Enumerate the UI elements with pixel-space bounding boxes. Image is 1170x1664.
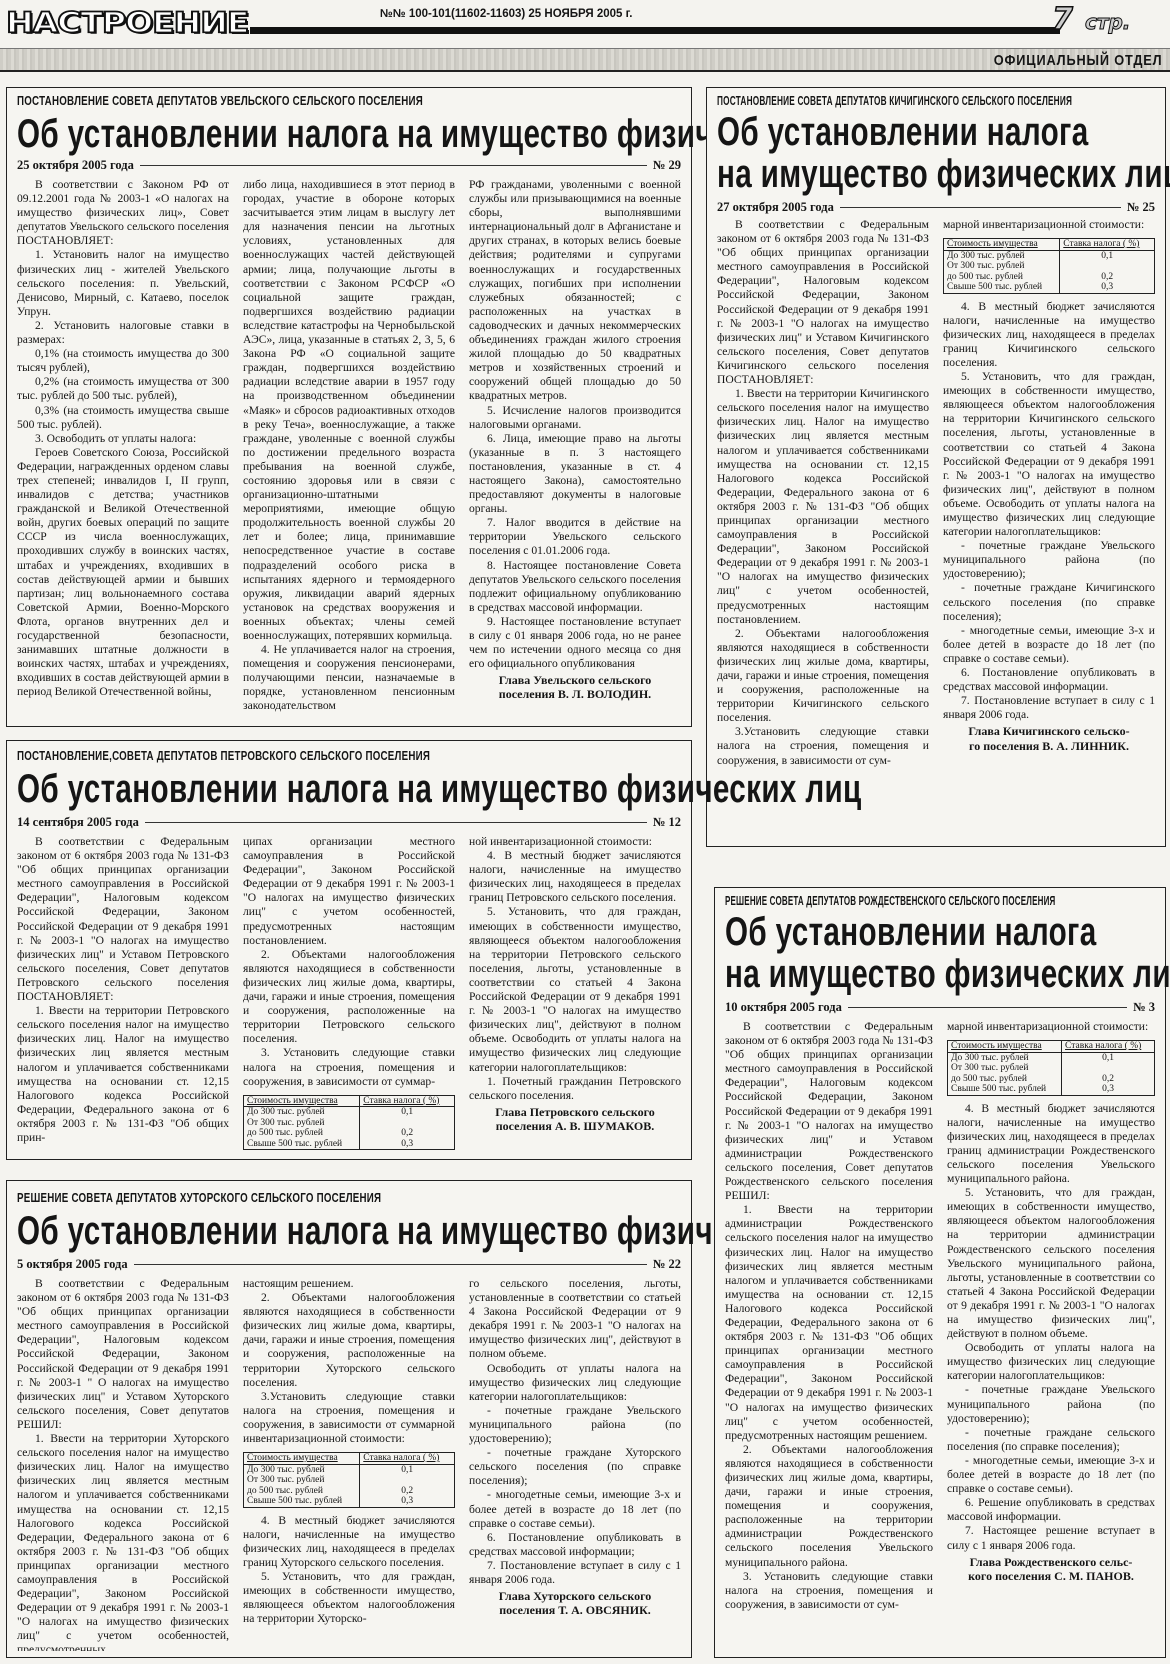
issue-info: №№ 100-101(11602-11603) 25 НОЯБРЯ 2005 г… xyxy=(380,8,632,20)
paragraph: - почетные граждане Увельского муниципал… xyxy=(943,539,1155,581)
paragraph: 3.Установить следующие ставки налога на … xyxy=(243,1390,455,1446)
dateline-rule xyxy=(145,822,647,823)
paragraph: В соответствии с Законом РФ от 09.12.200… xyxy=(17,178,229,248)
table-row: От 300 тыс. рублей xyxy=(244,1475,455,1486)
article-date: 10 октября 2005 года xyxy=(725,1000,842,1015)
article-date: 25 октября 2005 года xyxy=(17,158,134,173)
rates-table: Стоимость имуществаСтавка налога ( %) До… xyxy=(943,238,1155,294)
paragraph: 4. В местный бюджет зачисляются налоги, … xyxy=(469,849,681,905)
paragraph: 2. Объектами налогообложения являются на… xyxy=(725,1443,933,1570)
table-cell xyxy=(360,1475,455,1486)
paragraph: 1. Ввести на территории администрации Ро… xyxy=(725,1203,933,1443)
article-khutorsky: РЕШЕНИЕ СОВЕТА ДЕПУТАТОВ ХУТОРСКОГО СЕЛЬ… xyxy=(6,1180,692,1658)
signature-line: Глава Рождественского сельс- xyxy=(947,1555,1155,1569)
paragraph: - почетные граждане Увельского муниципал… xyxy=(947,1383,1155,1425)
table-cell: 0,3 xyxy=(360,1139,455,1150)
article-kicker: РЕШЕНИЕ СОВЕТА ДЕПУТАТОВ РОЖДЕСТВЕНСКОГО… xyxy=(725,894,1055,908)
table-row: От 300 тыс. рублей xyxy=(944,261,1155,272)
table-cell: До 300 тыс. рублей xyxy=(944,250,1060,261)
dateline: 25 октября 2005 года № 29 xyxy=(17,158,681,173)
paragraph: Освободить от уплаты налога на имущество… xyxy=(469,1362,681,1404)
paragraph: 8. Настоящее постановление Совета депута… xyxy=(469,559,681,615)
paragraph: В соответствии с Федеральным законом от … xyxy=(17,1277,229,1432)
table-cell: От 300 тыс. рублей xyxy=(244,1475,360,1486)
paragraph: 4. В местный бюджет зачисляются налоги, … xyxy=(943,300,1155,370)
table-cell: От 300 тыс. рублей xyxy=(244,1118,360,1129)
newspaper-logo: НАСТРОЕНИЕ xyxy=(6,6,248,39)
article-columns: В соответствии с Федеральным законом от … xyxy=(17,835,681,1153)
article-headline: Об установлении налога на имущество физи… xyxy=(17,767,862,811)
rates-table: Стоимость имуществаСтавка налога ( %) До… xyxy=(243,1095,455,1151)
column-3: го сельского поселения, льготы, установл… xyxy=(469,1277,681,1651)
table-header: Стоимость имущества xyxy=(244,1095,360,1107)
table-row: до 500 тыс. рублей0,2 xyxy=(244,1128,455,1139)
paragraph: либо лица, находившиеся в этот период в … xyxy=(243,178,455,643)
masthead-rule xyxy=(250,27,1060,34)
article-headline-line2: на имущество физических лиц xyxy=(717,152,1170,196)
column-2: марной инвентаризационной стоимости: Сто… xyxy=(943,218,1155,840)
paragraph: - почетные граждане Хуторского сельского… xyxy=(469,1446,681,1488)
paragraph: 5. Установить, что для граждан, имеющих … xyxy=(943,370,1155,539)
paragraph: - многодетные семьи, имеющие 3-х и более… xyxy=(469,1488,681,1530)
table-cell: 0,2 xyxy=(360,1486,455,1497)
table-cell: Свыше 500 тыс. рублей xyxy=(244,1496,360,1507)
paragraph: ципах организации местного самоуправлени… xyxy=(243,835,455,948)
column-1: В соответствии с Законом РФ от 09.12.200… xyxy=(17,178,229,720)
table-cell: 0,1 xyxy=(360,1107,455,1118)
paragraph: 3.Установить следующие ставки налога на … xyxy=(717,725,929,767)
paragraph: 2. Объектами налогообложения являются на… xyxy=(717,627,929,726)
dateline-rule xyxy=(134,1264,647,1265)
paragraph: го сельского поселения, льготы, установл… xyxy=(469,1277,681,1362)
signature: Глава Хуторского сельского поселения Т. … xyxy=(469,1589,681,1617)
dateline-rule xyxy=(840,207,1121,208)
table-cell: до 500 тыс. рублей xyxy=(244,1486,360,1497)
table-cell: 0,1 xyxy=(360,1464,455,1475)
article-kicker: ПОСТАНОВЛЕНИЕ,СОВЕТА ДЕПУТАТОВ ПЕТРОВСКО… xyxy=(17,749,430,763)
paragraph: 7. Настоящее решение вступает в силу с 1… xyxy=(947,1524,1155,1552)
table-cell: до 500 тыс. рублей xyxy=(948,1074,1062,1085)
signature-line: поселения А. В. ШУМАКОВ. xyxy=(469,1119,681,1133)
table-cell: 0,2 xyxy=(360,1128,455,1139)
paragraph: 4. В местный бюджет зачисляются налоги, … xyxy=(243,1514,455,1570)
table-row: Свыше 500 тыс. рублей0,3 xyxy=(944,282,1155,293)
paragraph: В соответствии с Федеральным законом от … xyxy=(717,218,929,387)
page-number: 7 xyxy=(1052,2,1073,37)
table-cell: 0,1 xyxy=(1062,1052,1155,1063)
paragraph: 5. Установить, что для граждан, имеющих … xyxy=(947,1186,1155,1341)
paragraph: Освободить от уплаты налога на имущество… xyxy=(947,1341,1155,1383)
table-cell xyxy=(1060,261,1155,272)
paragraph: 5. Установить, что для граждан, имеющих … xyxy=(469,905,681,1074)
paragraph: 2. Установить налоговые ставки в размера… xyxy=(17,319,229,347)
paragraph: 6. Постановление опубликовать в средства… xyxy=(943,666,1155,694)
article-number: № 29 xyxy=(653,158,681,173)
table-header: Стоимость имущества xyxy=(244,1453,360,1465)
paragraph: марной инвентаризационной стоимости: xyxy=(943,218,1155,232)
paragraph: 5. Исчисление налогов производится налог… xyxy=(469,404,681,432)
paragraph: 6. Постановление опубликовать в средства… xyxy=(469,1531,681,1559)
dateline: 27 октября 2005 года № 25 xyxy=(717,200,1155,215)
signature-line: Глава Увельского сельского xyxy=(469,673,681,687)
article-kicker: ПОСТАНОВЛЕНИЕ СОВЕТА ДЕПУТАТОВ КИЧИГИНСК… xyxy=(717,94,1072,108)
table-header: Ставка налога ( %) xyxy=(1062,1041,1155,1053)
article-number: № 3 xyxy=(1133,1000,1155,1015)
paragraph: 2. Объектами налогообложения являются на… xyxy=(243,948,455,1047)
rates-table: Стоимость имуществаСтавка налога ( %) До… xyxy=(243,1452,455,1508)
paragraph: В соответствии с Федеральным законом от … xyxy=(17,835,229,1004)
paragraph: 3. Освободить от уплаты налога: xyxy=(17,432,229,446)
column-1: В соответствии с Федеральным законом от … xyxy=(717,218,929,840)
table-header: Стоимость имущества xyxy=(948,1041,1062,1053)
table-cell: От 300 тыс. рублей xyxy=(948,1063,1062,1074)
article-rozhdestvensky: РЕШЕНИЕ СОВЕТА ДЕПУТАТОВ РОЖДЕСТВЕНСКОГО… xyxy=(714,887,1166,1658)
article-headline-line2: на имущество физических лиц xyxy=(725,952,1170,996)
paragraph: 0,3% (на стоимость имущества свыше 500 т… xyxy=(17,404,229,432)
paragraph: 3. Установить следующие ставки налога на… xyxy=(243,1046,455,1088)
paragraph: 1. Почетный гражданин Петровского сельск… xyxy=(469,1075,681,1103)
signature: Глава Петровского сельского поселения А.… xyxy=(469,1105,681,1133)
masthead: НАСТРОЕНИЕ №№ 100-101(11602-11603) 25 НО… xyxy=(0,0,1170,80)
signature: Глава Кичигинского сельско- го поселения… xyxy=(943,724,1155,752)
column-1: В соответствии с Федеральным законом от … xyxy=(17,1277,229,1651)
article-columns: В соответствии с Федеральным законом от … xyxy=(17,1277,681,1651)
paragraph: 1. Ввести на территории Хуторского сельс… xyxy=(17,1432,229,1651)
column-1: В соответствии с Федеральным законом от … xyxy=(725,1020,933,1651)
paragraph: 7. Налог вводится в действие на территор… xyxy=(469,516,681,558)
table-row: до 500 тыс. рублей0,2 xyxy=(948,1074,1155,1085)
table-cell: Свыше 500 тыс. рублей xyxy=(944,282,1060,293)
paragraph: 1. Установить налог на имущество физичес… xyxy=(17,248,229,318)
table-row: До 300 тыс. рублей0,1 xyxy=(948,1052,1155,1063)
paragraph: марной инвентаризационной стоимости: xyxy=(947,1020,1155,1034)
paragraph: 9. Настоящее постановление вступает в си… xyxy=(469,615,681,671)
paragraph: 1. Ввести на территории Кичигинского сел… xyxy=(717,387,929,627)
paragraph: 0,1% (на стоимость имущества до 300 тыся… xyxy=(17,347,229,375)
dateline: 5 октября 2005 года № 22 xyxy=(17,1257,681,1272)
table-cell: до 500 тыс. рублей xyxy=(244,1128,360,1139)
article-date: 27 октября 2005 года xyxy=(717,200,834,215)
table-cell: 0,2 xyxy=(1062,1074,1155,1085)
paragraph: 1. Ввести на территории Петровского сель… xyxy=(17,1004,229,1145)
paragraph: 2. Объектами налогообложения являются на… xyxy=(243,1291,455,1390)
article-date: 5 октября 2005 года xyxy=(17,1257,128,1272)
paragraph: 7. Постановление вступает в силу с 1 янв… xyxy=(469,1559,681,1587)
paragraph: 6. Лица, имеющие право на льготы (указан… xyxy=(469,432,681,517)
paragraph: 4. Не уплачивается налог на строения, по… xyxy=(243,643,455,713)
table-row: до 500 тыс. рублей0,2 xyxy=(244,1486,455,1497)
table-cell: 0,3 xyxy=(360,1496,455,1507)
signature-line: кого поселения С. М. ПАНОВ. xyxy=(947,1569,1155,1583)
table-cell: 0,3 xyxy=(1062,1084,1155,1095)
paragraph: 3. Установить следующие ставки налога на… xyxy=(725,1570,933,1612)
table-cell: 0,1 xyxy=(1060,250,1155,261)
table-cell: До 300 тыс. рублей xyxy=(948,1052,1062,1063)
column-2: либо лица, находившиеся в этот период в … xyxy=(243,178,455,720)
table-row: Свыше 500 тыс. рублей0,3 xyxy=(948,1084,1155,1095)
paragraph: - многодетные семьи, имеющие 3-х и более… xyxy=(943,624,1155,666)
table-row: От 300 тыс. рублей xyxy=(244,1118,455,1129)
table-row: До 300 тыс. рублей0,1 xyxy=(244,1107,455,1118)
table-row: Свыше 500 тыс. рублей0,3 xyxy=(244,1139,455,1150)
article-number: № 12 xyxy=(653,815,681,830)
signature-line: Глава Кичигинского сельско- xyxy=(943,724,1155,738)
table-header: Ставка налога ( %) xyxy=(360,1095,455,1107)
dateline: 10 октября 2005 года № 3 xyxy=(725,1000,1155,1015)
paragraph: 5. Установить, что для граждан, имеющих … xyxy=(243,1570,455,1626)
article-petrovsky: ПОСТАНОВЛЕНИЕ,СОВЕТА ДЕПУТАТОВ ПЕТРОВСКО… xyxy=(6,740,692,1160)
column-2: марной инвентаризационной стоимости: Сто… xyxy=(947,1020,1155,1651)
table-row: Свыше 500 тыс. рублей0,3 xyxy=(244,1496,455,1507)
column-2: настоящим решением. 2. Объектами налогоо… xyxy=(243,1277,455,1651)
table-header: Ставка налога ( %) xyxy=(1060,239,1155,251)
article-kicker: РЕШЕНИЕ СОВЕТА ДЕПУТАТОВ ХУТОРСКОГО СЕЛЬ… xyxy=(17,1191,381,1205)
article-kicker: ПОСТАНОВЛЕНИЕ СОВЕТА ДЕПУТАТОВ УВЕЛЬСКОГ… xyxy=(17,94,423,108)
paragraph: В соответствии с Федеральным законом от … xyxy=(725,1020,933,1203)
paragraph: 0,2% (на стоимость имущества от 300 тыс.… xyxy=(17,375,229,403)
column-3: ной инвентаризационной стоимости: 4. В м… xyxy=(469,835,681,1153)
paragraph: 7. Постановление вступает в силу с 1 янв… xyxy=(943,694,1155,722)
article-uvelsky: ПОСТАНОВЛЕНИЕ СОВЕТА ДЕПУТАТОВ УВЕЛЬСКОГ… xyxy=(6,87,692,727)
table-cell: Свыше 500 тыс. рублей xyxy=(244,1139,360,1150)
article-number: № 22 xyxy=(653,1257,681,1272)
article-kichiginsky: ПОСТАНОВЛЕНИЕ СОВЕТА ДЕПУТАТОВ КИЧИГИНСК… xyxy=(706,87,1166,847)
table-row: До 300 тыс. рублей0,1 xyxy=(244,1464,455,1475)
signature-line: го поселения В. А. ЛИННИК. xyxy=(943,739,1155,753)
table-header: Ставка налога ( %) xyxy=(360,1453,455,1465)
signature: Глава Рождественского сельс- кого поселе… xyxy=(947,1555,1155,1583)
article-date: 14 сентября 2005 года xyxy=(17,815,139,830)
column-3: РФ гражданами, уволенными с военной служ… xyxy=(469,178,681,720)
table-cell: До 300 тыс. рублей xyxy=(244,1464,360,1475)
section-label: ОФИЦИАЛЬНЫЙ ОТДЕЛ xyxy=(993,52,1162,69)
article-columns: В соответствии с Законом РФ от 09.12.200… xyxy=(17,178,681,720)
paragraph: ной инвентаризационной стоимости: xyxy=(469,835,681,849)
column-2: ципах организации местного самоуправлени… xyxy=(243,835,455,1153)
table-cell: 0,3 xyxy=(1060,282,1155,293)
table-cell xyxy=(1062,1063,1155,1074)
table-header: Стоимость имущества xyxy=(944,239,1060,251)
dateline: 14 сентября 2005 года № 12 xyxy=(17,815,681,830)
article-columns: В соответствии с Федеральным законом от … xyxy=(725,1020,1155,1651)
column-1: В соответствии с Федеральным законом от … xyxy=(17,835,229,1153)
paragraph: - почетные граждане Кичигинского сельско… xyxy=(943,581,1155,623)
signature-line: Глава Петровского сельского xyxy=(469,1105,681,1119)
table-cell: Свыше 500 тыс. рублей xyxy=(948,1084,1062,1095)
paragraph: 4. В местный бюджет зачисляются налоги, … xyxy=(947,1102,1155,1187)
table-cell: До 300 тыс. рублей xyxy=(244,1107,360,1118)
table-row: От 300 тыс. рублей xyxy=(948,1063,1155,1074)
paragraph: Героев Советского Союза, Российской Феде… xyxy=(17,446,229,700)
dateline-rule xyxy=(848,1007,1127,1008)
signature: Глава Увельского сельского поселения В. … xyxy=(469,673,681,701)
table-cell xyxy=(360,1118,455,1129)
paragraph: РФ гражданами, уволенными с военной служ… xyxy=(469,178,681,404)
paragraph: - почетные граждане сельского поселения … xyxy=(947,1426,1155,1454)
page-word: стр. xyxy=(1085,10,1130,34)
table-cell: От 300 тыс. рублей xyxy=(944,261,1060,272)
article-headline-line1: Об установлении налога xyxy=(725,910,1097,954)
table-row: До 300 тыс. рублей0,1 xyxy=(944,250,1155,261)
paragraph: - многодетные семьи, имеющие 3-х и более… xyxy=(947,1454,1155,1496)
table-cell: до 500 тыс. рублей xyxy=(944,272,1060,283)
table-cell: 0,2 xyxy=(1060,272,1155,283)
article-number: № 25 xyxy=(1127,200,1155,215)
signature-line: поселения Т. А. ОВСЯНИК. xyxy=(469,1603,681,1617)
rates-table: Стоимость имуществаСтавка налога ( %) До… xyxy=(947,1040,1155,1096)
signature-line: поселения В. Л. ВОЛОДИН. xyxy=(469,687,681,701)
dateline-rule xyxy=(140,165,647,166)
article-columns: В соответствии с Федеральным законом от … xyxy=(717,218,1155,840)
paragraph: настоящим решением. xyxy=(243,1277,455,1291)
signature-line: Глава Хуторского сельского xyxy=(469,1589,681,1603)
paragraph: - почетные граждане Увельского муниципал… xyxy=(469,1404,681,1446)
table-row: до 500 тыс. рублей0,2 xyxy=(944,272,1155,283)
paragraph: 6. Решение опубликовать в средствах масс… xyxy=(947,1496,1155,1524)
article-headline-line1: Об установлении налога xyxy=(717,110,1089,154)
